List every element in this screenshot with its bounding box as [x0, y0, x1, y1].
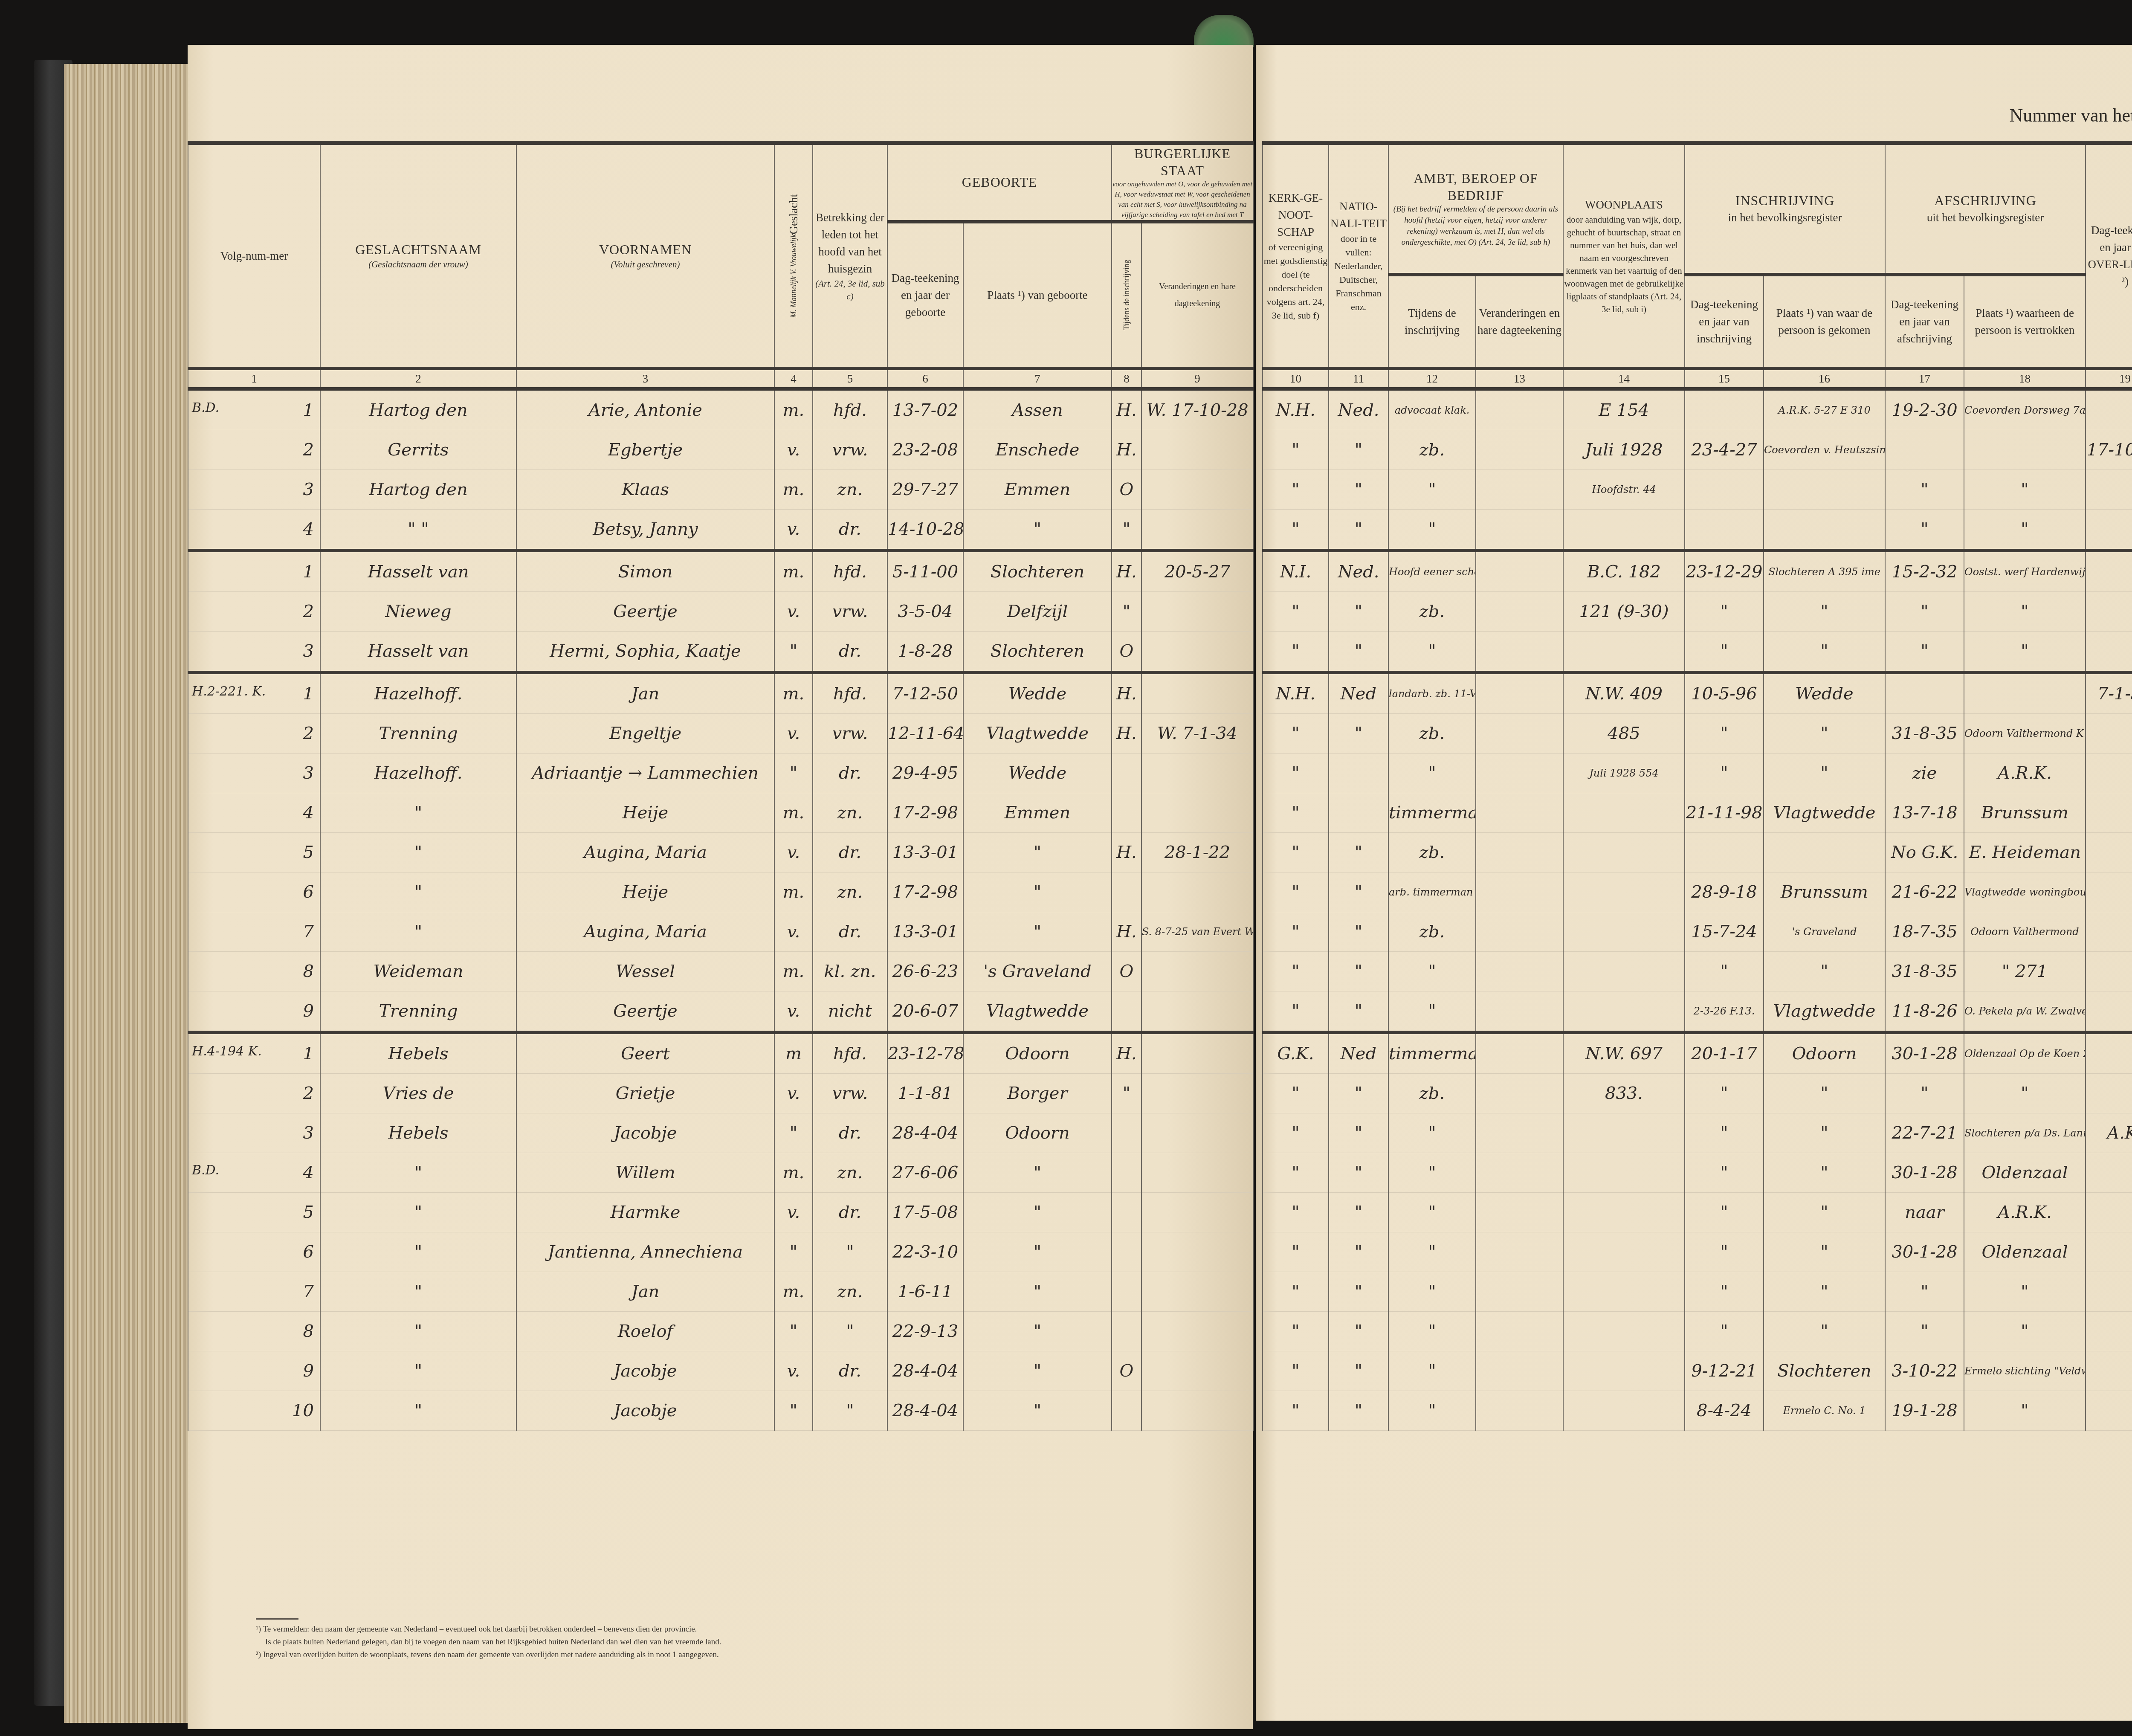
cell-kerkgenootschap: " [1263, 754, 1329, 793]
cell-kerkgenootschap: " [1263, 912, 1329, 952]
cell-geslachtsnaam: " [320, 912, 516, 952]
cell-beroep: " [1388, 1113, 1476, 1153]
cell-afschrijving-plaats: A.R.K. [1964, 754, 2086, 793]
cell-geboortedatum: 20-6-07 [887, 991, 963, 1033]
cell-kerkgenootschap: N.H. [1263, 389, 1329, 430]
cell-beroep-veranderingen [1476, 754, 1563, 793]
cell-beroep: " [1388, 1153, 1476, 1193]
cell-beroep-veranderingen [1476, 510, 1563, 551]
household-marker: B.D. [188, 1163, 219, 1178]
cell-volgnummer: 3 [188, 470, 320, 510]
cell-beroep: advocaat klak. [1388, 389, 1476, 430]
cell-woonplaats [1563, 1312, 1685, 1351]
row-number: 1 [303, 1044, 314, 1064]
cell-burgerlijke-staat: " [1112, 1074, 1141, 1113]
col-number: 19 [2086, 368, 2132, 389]
register-row: ""zb.833.""""" [1263, 1074, 2132, 1113]
register-row: ""Juli 1928 554""zieA.R.K." [1263, 754, 2132, 793]
cell-volgnummer: 8 [188, 952, 320, 991]
footnote-2: ²) Ingeval van overlijden buiten de woon… [256, 1649, 721, 1661]
cell-staat-veranderingen [1141, 872, 1253, 912]
cell-geslachtsnaam: " [320, 793, 516, 833]
row-number: 6 [303, 882, 314, 902]
cell-geslacht: v. [774, 510, 813, 551]
row-number: 6 [303, 1242, 314, 1262]
cell-burgerlijke-staat: " [1112, 510, 1141, 551]
cell-geboorteplaats: Emmen [963, 470, 1112, 510]
cell-burgerlijke-staat: H. [1112, 833, 1141, 872]
cell-afschrijving-plaats: Oldenzaal [1964, 1153, 2086, 1193]
cell-betrekking: hfd. [813, 672, 887, 714]
cell-geslacht: m. [774, 551, 813, 592]
cell-burgerlijke-staat [1112, 1153, 1141, 1193]
row-number: 4 [303, 519, 314, 539]
cell-burgerlijke-staat: O [1112, 1351, 1141, 1391]
book-page-edges [64, 64, 188, 1723]
cell-inschrijving-datum: 23-4-27 [1685, 430, 1764, 470]
cell-overlijden [2086, 1351, 2132, 1391]
cell-betrekking: zn. [813, 470, 887, 510]
cell-volgnummer: 4 [188, 793, 320, 833]
cell-beroep-veranderingen [1476, 1113, 1563, 1153]
col-number: 13 [1476, 368, 1563, 389]
cell-geboorteplaats: " [963, 872, 1112, 912]
cell-geslachtsnaam: Hartog den [320, 470, 516, 510]
cell-inschrijving-plaats: " [1764, 1153, 1885, 1193]
cell-burgerlijke-staat: H. [1112, 1032, 1141, 1074]
row-number: 3 [303, 480, 314, 499]
col-header-ambt-beroep: AMBT, BEROEP OF BEDRIJF(Bij het bedrijf … [1388, 143, 1563, 275]
cell-voornamen: Grietje [516, 1074, 774, 1113]
register-row: 3Hartog denKlaasm.zn.29-7-27EmmenO [188, 470, 1253, 510]
cell-beroep-veranderingen [1476, 991, 1563, 1033]
cell-kerkgenootschap: " [1263, 1272, 1329, 1312]
cell-voornamen: Jacobje [516, 1391, 774, 1431]
cell-nationaliteit: " [1329, 991, 1388, 1033]
col-number: 15 [1685, 368, 1764, 389]
register-row: 3Hazelhoff.Adriaantje → Lammechien"dr.29… [188, 754, 1253, 793]
register-row: N.H.Nedlandarb. zb. 11-V.T.N.W. 40910-5-… [1263, 672, 2132, 714]
row-number: 10 [292, 1401, 314, 1420]
cell-nationaliteit: " [1329, 470, 1388, 510]
cell-inschrijving-datum: " [1685, 592, 1764, 632]
cell-woonplaats: 833. [1563, 1074, 1685, 1113]
row-number: 9 [303, 1001, 314, 1021]
green-bookmark-ribbon [1194, 15, 1254, 47]
cell-afschrijving-datum [1885, 430, 1964, 470]
col-number: 18 [1964, 368, 2086, 389]
cell-overlijden [2086, 1032, 2132, 1074]
cell-geboorteplaats: Wedde [963, 672, 1112, 714]
cell-afschrijving-plaats: Coevorden Dorsweg 7a [1964, 389, 2086, 430]
cell-afschrijving-plaats: " 271 [1964, 952, 2086, 991]
cell-inschrijving-datum: " [1685, 1232, 1764, 1272]
cell-afschrijving-datum: 31-8-35 [1885, 952, 1964, 991]
cell-geboorteplaats: Emmen [963, 793, 1112, 833]
col-number: 11 [1329, 368, 1388, 389]
cell-nationaliteit: " [1329, 1232, 1388, 1272]
cell-staat-veranderingen [1141, 991, 1253, 1033]
cell-geslachtsnaam: " [320, 1351, 516, 1391]
cell-geboortedatum: 17-5-08 [887, 1193, 963, 1232]
row-number: 9 [303, 1361, 314, 1381]
cell-nationaliteit: " [1329, 1272, 1388, 1312]
cell-geboorteplaats: Delfzijl [963, 592, 1112, 632]
cell-overlijden [2086, 470, 2132, 510]
cell-inschrijving-datum: 21-11-98 [1685, 793, 1764, 833]
cell-afschrijving-plaats: Ermelo stichting "Veldwijk" [1964, 1351, 2086, 1391]
cell-geslachtsnaam: " [320, 872, 516, 912]
cell-beroep-veranderingen [1476, 1153, 1563, 1193]
cell-burgerlijke-staat: O [1112, 632, 1141, 673]
cell-nationaliteit [1329, 754, 1388, 793]
cell-kerkgenootschap: " [1263, 510, 1329, 551]
col-header-inschrijving: INSCHRIJVINGin het bevolkingsregister [1685, 143, 1885, 275]
cell-geslacht: v. [774, 1193, 813, 1232]
cell-overlijden [2086, 592, 2132, 632]
cell-geboorteplaats: " [963, 1193, 1112, 1232]
cell-betrekking: vrw. [813, 1074, 887, 1113]
cell-staat-veranderingen: S. 8-7-25 van Evert Weideman [1141, 912, 1253, 952]
register-row: N.I.Ned.Hoofd eener schoolB.C. 18223-12-… [1263, 551, 2132, 592]
cell-staat-veranderingen [1141, 1391, 1253, 1431]
cell-beroep: " [1388, 470, 1476, 510]
cell-overlijden: 17-10-28 [2086, 430, 2132, 470]
cell-kerkgenootschap: " [1263, 1153, 1329, 1193]
cell-geslacht: m. [774, 872, 813, 912]
register-row: 7"Janm.zn.1-6-11" [188, 1272, 1253, 1312]
cell-afschrijving-plaats: " [1964, 632, 2086, 673]
register-row: """9-12-21Slochteren3-10-22Ermelo sticht… [1263, 1351, 2132, 1391]
cell-inschrijving-datum: " [1685, 632, 1764, 673]
cell-inschrijving-datum: " [1685, 1113, 1764, 1153]
row-number: 8 [303, 1322, 314, 1341]
cell-beroep: Hoofd eener school [1388, 551, 1476, 592]
cell-overlijden [2086, 912, 2132, 952]
cell-overlijden [2086, 1232, 2132, 1272]
cell-beroep: " [1388, 1232, 1476, 1272]
register-row: H.2-221. K.1Hazelhoff.Janm.hfd.7-12-50We… [188, 672, 1253, 714]
cell-voornamen: Augina, Maria [516, 833, 774, 872]
cell-inschrijving-datum: 15-7-24 [1685, 912, 1764, 952]
cell-beroep-veranderingen [1476, 1032, 1563, 1074]
cell-afschrijving-datum: 31-8-35 [1885, 714, 1964, 754]
cell-staat-veranderingen [1141, 632, 1253, 673]
register-row: 6"Heijem.zn.17-2-98" [188, 872, 1253, 912]
cell-woonplaats [1563, 1113, 1685, 1153]
cell-woonplaats [1563, 510, 1685, 551]
cell-inschrijving-plaats: " [1764, 952, 1885, 991]
cell-betrekking: zn. [813, 872, 887, 912]
cell-geboortedatum: 28-4-04 [887, 1113, 963, 1153]
cell-overlijden [2086, 1074, 2132, 1113]
cell-afschrijving-datum: " [1885, 1074, 1964, 1113]
register-row: """""" [1263, 510, 2132, 551]
cell-voornamen: Jan [516, 672, 774, 714]
cell-betrekking: dr. [813, 754, 887, 793]
cell-geboorteplaats: " [963, 833, 1112, 872]
cell-kerkgenootschap: " [1263, 793, 1329, 833]
cell-geboortedatum: 28-4-04 [887, 1351, 963, 1391]
cell-burgerlijke-staat: " [1112, 592, 1141, 632]
cell-beroep: " [1388, 1351, 1476, 1391]
cell-afschrijving-datum: 22-7-21 [1885, 1113, 1964, 1153]
cell-overlijden [2086, 1312, 2132, 1351]
row-number: 7 [303, 1282, 314, 1301]
cell-geboorteplaats: Slochteren [963, 632, 1112, 673]
cell-inschrijving-plaats: Vlagtwedde [1764, 793, 1885, 833]
cell-staat-veranderingen [1141, 672, 1253, 714]
register-row: """2-3-26 F.13.Vlagtwedde11-8-26O. Pekel… [1263, 991, 2132, 1033]
col-number: 10 [1263, 368, 1329, 389]
cell-voornamen: Betsy, Janny [516, 510, 774, 551]
cell-betrekking: hfd. [813, 1032, 887, 1074]
cell-betrekking: kl. zn. [813, 952, 887, 991]
cell-afschrijving-plaats: " [1964, 1074, 2086, 1113]
cell-afschrijving-datum: " [1885, 470, 1964, 510]
cell-geboortedatum: 1-8-28 [887, 632, 963, 673]
cell-geboortedatum: 14-10-28 [887, 510, 963, 551]
cell-burgerlijke-staat: H. [1112, 389, 1141, 430]
cell-geboorteplaats: " [963, 1153, 1112, 1193]
cell-afschrijving-datum: " [1885, 510, 1964, 551]
cell-geboortedatum: 1-1-81 [887, 1074, 963, 1113]
cell-staat-veranderingen [1141, 470, 1253, 510]
cell-inschrijving-plaats: " [1764, 1193, 1885, 1232]
col-number: 9 [1141, 368, 1253, 389]
cell-woonplaats [1563, 1272, 1685, 1312]
cell-geboorteplaats: " [963, 510, 1112, 551]
cell-afschrijving-plaats: " [1964, 1312, 2086, 1351]
col-number: 16 [1764, 368, 1885, 389]
cell-voornamen: Geertje [516, 991, 774, 1033]
cell-inschrijving-plaats [1764, 833, 1885, 872]
col-header-afschrijving: AFSCHRIJVINGuit het bevolkingsregister [1885, 143, 2086, 275]
cell-woonplaats [1563, 872, 1685, 912]
cell-woonplaats [1563, 991, 1685, 1033]
cell-geslacht: " [774, 1232, 813, 1272]
cell-overlijden [2086, 991, 2132, 1033]
cell-staat-veranderingen [1141, 430, 1253, 470]
cell-geslacht: m. [774, 672, 813, 714]
cell-nationaliteit: " [1329, 1351, 1388, 1391]
cell-burgerlijke-staat [1112, 1312, 1141, 1351]
row-number: 2 [303, 724, 314, 743]
cell-woonplaats: 121 (9-30) [1563, 592, 1685, 632]
cell-geboorteplaats: Odoorn [963, 1032, 1112, 1074]
cell-beroep: " [1388, 1312, 1476, 1351]
cell-burgerlijke-staat [1112, 1193, 1141, 1232]
cell-afschrijving-datum: 11-8-26 [1885, 991, 1964, 1033]
col-number: 17 [1885, 368, 1964, 389]
cell-volgnummer: 7 [188, 1272, 320, 1312]
cell-inschrijving-plaats: " [1764, 592, 1885, 632]
register-row: ""arb. timmerman O28-9-18Brunssum21-6-22… [1263, 872, 2132, 912]
register-row: """""""" [1263, 1312, 2132, 1351]
cell-voornamen: Klaas [516, 470, 774, 510]
cell-afschrijving-plaats: Brunssum [1964, 793, 2086, 833]
cell-voornamen: Wessel [516, 952, 774, 991]
cell-afschrijving-datum [1885, 672, 1964, 714]
cell-inschrijving-datum: " [1685, 952, 1764, 991]
cell-geslacht: " [774, 1113, 813, 1153]
cell-beroep-veranderingen [1476, 1351, 1563, 1391]
cell-beroep: " [1388, 1391, 1476, 1431]
cell-voornamen: Jacobje [516, 1351, 774, 1391]
cell-volgnummer: 6 [188, 1232, 320, 1272]
cell-burgerlijke-staat: H. [1112, 672, 1141, 714]
col-header-betrekking: Betrekking der leden tot het hoofd van h… [813, 143, 887, 368]
cell-inschrijving-datum: 28-9-18 [1685, 872, 1764, 912]
cell-voornamen: Simon [516, 551, 774, 592]
cell-geslachtsnaam: " [320, 1272, 516, 1312]
cell-nationaliteit: " [1329, 1113, 1388, 1153]
cell-betrekking: vrw. [813, 430, 887, 470]
cell-voornamen: Arie, Antonie [516, 389, 774, 430]
cell-inschrijving-datum: " [1685, 754, 1764, 793]
cell-afschrijving-plaats: " [1964, 1272, 2086, 1312]
cell-geslacht: v. [774, 592, 813, 632]
cell-beroep: arb. timmerman O [1388, 872, 1476, 912]
register-row: 4" "Betsy, Jannyv.dr.14-10-28"" [188, 510, 1253, 551]
cell-kerkgenootschap: " [1263, 470, 1329, 510]
cell-geboorteplaats: " [963, 1391, 1112, 1431]
cell-voornamen: Harmke [516, 1193, 774, 1232]
cell-geboortedatum: 27-6-06 [887, 1153, 963, 1193]
row-number: 1 [303, 684, 314, 704]
cell-geslachtsnaam: Hartog den [320, 389, 516, 430]
cell-kerkgenootschap: " [1263, 1312, 1329, 1351]
cell-beroep: landarb. zb. 11-V.T. [1388, 672, 1476, 714]
cell-afschrijving-plaats: " [1964, 1391, 2086, 1431]
cell-geboortedatum: 26-6-23 [887, 952, 963, 991]
cell-afschrijving-plaats: " [1964, 592, 2086, 632]
cell-geboorteplaats: Assen [963, 389, 1112, 430]
cell-burgerlijke-staat: O [1112, 952, 1141, 991]
cell-afschrijving-plaats: Oostst. werf Hardenwijk [1964, 551, 2086, 592]
register-row: """8-4-24Ermelo C. No. 119-1-28" [1263, 1391, 2132, 1431]
cell-afschrijving-plaats: A.R.K. [1964, 1193, 2086, 1232]
cell-nationaliteit: " [1329, 714, 1388, 754]
col-header-inschrijving-datum: Dag-teekening en jaar van inschrijving [1685, 275, 1764, 368]
cell-inschrijving-datum [1685, 833, 1764, 872]
cell-afschrijving-datum: 19-1-28 [1885, 1391, 1964, 1431]
cell-kerkgenootschap: " [1263, 430, 1329, 470]
cell-geslachtsnaam: " [320, 1232, 516, 1272]
cell-overlijden [2086, 389, 2132, 430]
cell-geslachtsnaam: " [320, 1312, 516, 1351]
col-header-burgerlijke-staat: BURGERLIJKE STAATvoor ongehuwden met O, … [1112, 143, 1253, 222]
cell-beroep: " [1388, 952, 1476, 991]
cell-overlijden [2086, 510, 2132, 551]
cell-staat-veranderingen [1141, 1032, 1253, 1074]
cell-burgerlijke-staat [1112, 1113, 1141, 1153]
cell-woonplaats [1563, 1193, 1685, 1232]
cell-betrekking: dr. [813, 1113, 887, 1153]
col-number: 2 [320, 368, 516, 389]
cell-afschrijving-datum: 30-1-28 [1885, 1153, 1964, 1193]
sheet-number-label: Nummer van het blad [2010, 104, 2132, 126]
register-row: ""zb.15-7-24's Graveland18-7-35Odoorn Va… [1263, 912, 2132, 952]
register-row: N.H.Ned.advocaat klak.E 154A.R.K. 5-27 E… [1263, 389, 2132, 430]
cell-inschrijving-plaats: 's Graveland [1764, 912, 1885, 952]
row-number: 7 [303, 922, 314, 942]
cell-afschrijving-plaats [1964, 672, 2086, 714]
register-row: 2GerritsEgbertjev.vrw.23-2-08EnschedeH. [188, 430, 1253, 470]
cell-staat-veranderingen [1141, 1312, 1253, 1351]
cell-geboorteplaats: Wedde [963, 754, 1112, 793]
cell-kerkgenootschap: " [1263, 632, 1329, 673]
cell-geslachtsnaam: " [320, 833, 516, 872]
cell-woonplaats [1563, 1391, 1685, 1431]
cell-overlijden [2086, 833, 2132, 872]
cell-inschrijving-plaats: Wedde [1764, 672, 1885, 714]
cell-overlijden [2086, 1153, 2132, 1193]
register-row: 9TrenningGeertjev.nicht20-6-07Vlagtwedde [188, 991, 1253, 1033]
cell-geslacht: m. [774, 470, 813, 510]
cell-inschrijving-datum: " [1685, 1193, 1764, 1232]
cell-voornamen: Geert [516, 1032, 774, 1074]
register-row: ""zb.No G.K.E. Heideman" [1263, 833, 2132, 872]
cell-afschrijving-datum: naar [1885, 1193, 1964, 1232]
cell-geboortedatum: 29-4-95 [887, 754, 963, 793]
cell-afschrijving-plaats: Oldenzaal Op de Koen 27 [1964, 1032, 2086, 1074]
cell-volgnummer: H.2-221. K.1 [188, 672, 320, 714]
cell-beroep: zb. [1388, 1074, 1476, 1113]
cell-volgnummer: 4 [188, 510, 320, 551]
cell-overlijden [2086, 872, 2132, 912]
register-table-left: Volg-num-mer GESLACHTSNAAM(Geslachtsnaam… [188, 141, 1254, 1431]
col-number: 14 [1563, 368, 1685, 389]
register-row: "timmerman21-11-98Vlagtwedde13-7-18Bruns… [1263, 793, 2132, 833]
col-header-inschrijving-plaats: Plaats ¹) van waar de persoon is gekomen [1764, 275, 1885, 368]
col-header-nationaliteit: NATIO-NALI-TEITdoor in te vullen: Nederl… [1329, 143, 1388, 368]
cell-beroep-veranderingen [1476, 1193, 1563, 1232]
cell-geslachtsnaam: Hebels [320, 1113, 516, 1153]
register-row: 6"Jantienna, Annechiena""22-3-10" [188, 1232, 1253, 1272]
register-row: ""zb.485""31-8-35Odoorn Valthermond K.27… [1263, 714, 2132, 754]
cell-kerkgenootschap: " [1263, 1113, 1329, 1153]
cell-kerkgenootschap: " [1263, 872, 1329, 912]
col-header-geboortedatum: Dag-teekening en jaar der geboorte [887, 222, 963, 368]
cell-geslacht: v. [774, 833, 813, 872]
cell-inschrijving-datum: " [1685, 1153, 1764, 1193]
row-number: 8 [303, 962, 314, 981]
register-row: 2NiewegGeertjev.vrw.3-5-04Delfzijl" [188, 592, 1253, 632]
cell-beroep-veranderingen [1476, 470, 1563, 510]
cell-nationaliteit: " [1329, 1391, 1388, 1431]
cell-nationaliteit: " [1329, 1312, 1388, 1351]
cell-beroep-veranderingen [1476, 714, 1563, 754]
register-row: 2TrenningEngeltjev.vrw.12-11-64Vlagtwedd… [188, 714, 1253, 754]
register-row: 8WeidemanWesselm.kl. zn.26-6-23's Gravel… [188, 952, 1253, 991]
cell-geboorteplaats: Vlagtwedde [963, 714, 1112, 754]
cell-volgnummer: B.D.4 [188, 1153, 320, 1193]
cell-overlijden [2086, 754, 2132, 793]
cell-burgerlijke-staat: O [1112, 470, 1141, 510]
cell-geboortedatum: 1-6-11 [887, 1272, 963, 1312]
register-row: 10"Jacobje""28-4-04" [188, 1391, 1253, 1431]
row-number: 2 [303, 1084, 314, 1103]
register-row: ""zb.121 (9-30)""""" [1263, 592, 2132, 632]
cell-beroep: timmerman [1388, 793, 1476, 833]
cell-geboorteplaats: 's Graveland [963, 952, 1112, 991]
cell-betrekking: hfd. [813, 551, 887, 592]
cell-geslachtsnaam: Weideman [320, 952, 516, 991]
cell-staat-veranderingen [1141, 1193, 1253, 1232]
cell-burgerlijke-staat: H. [1112, 714, 1141, 754]
cell-woonplaats [1563, 833, 1685, 872]
